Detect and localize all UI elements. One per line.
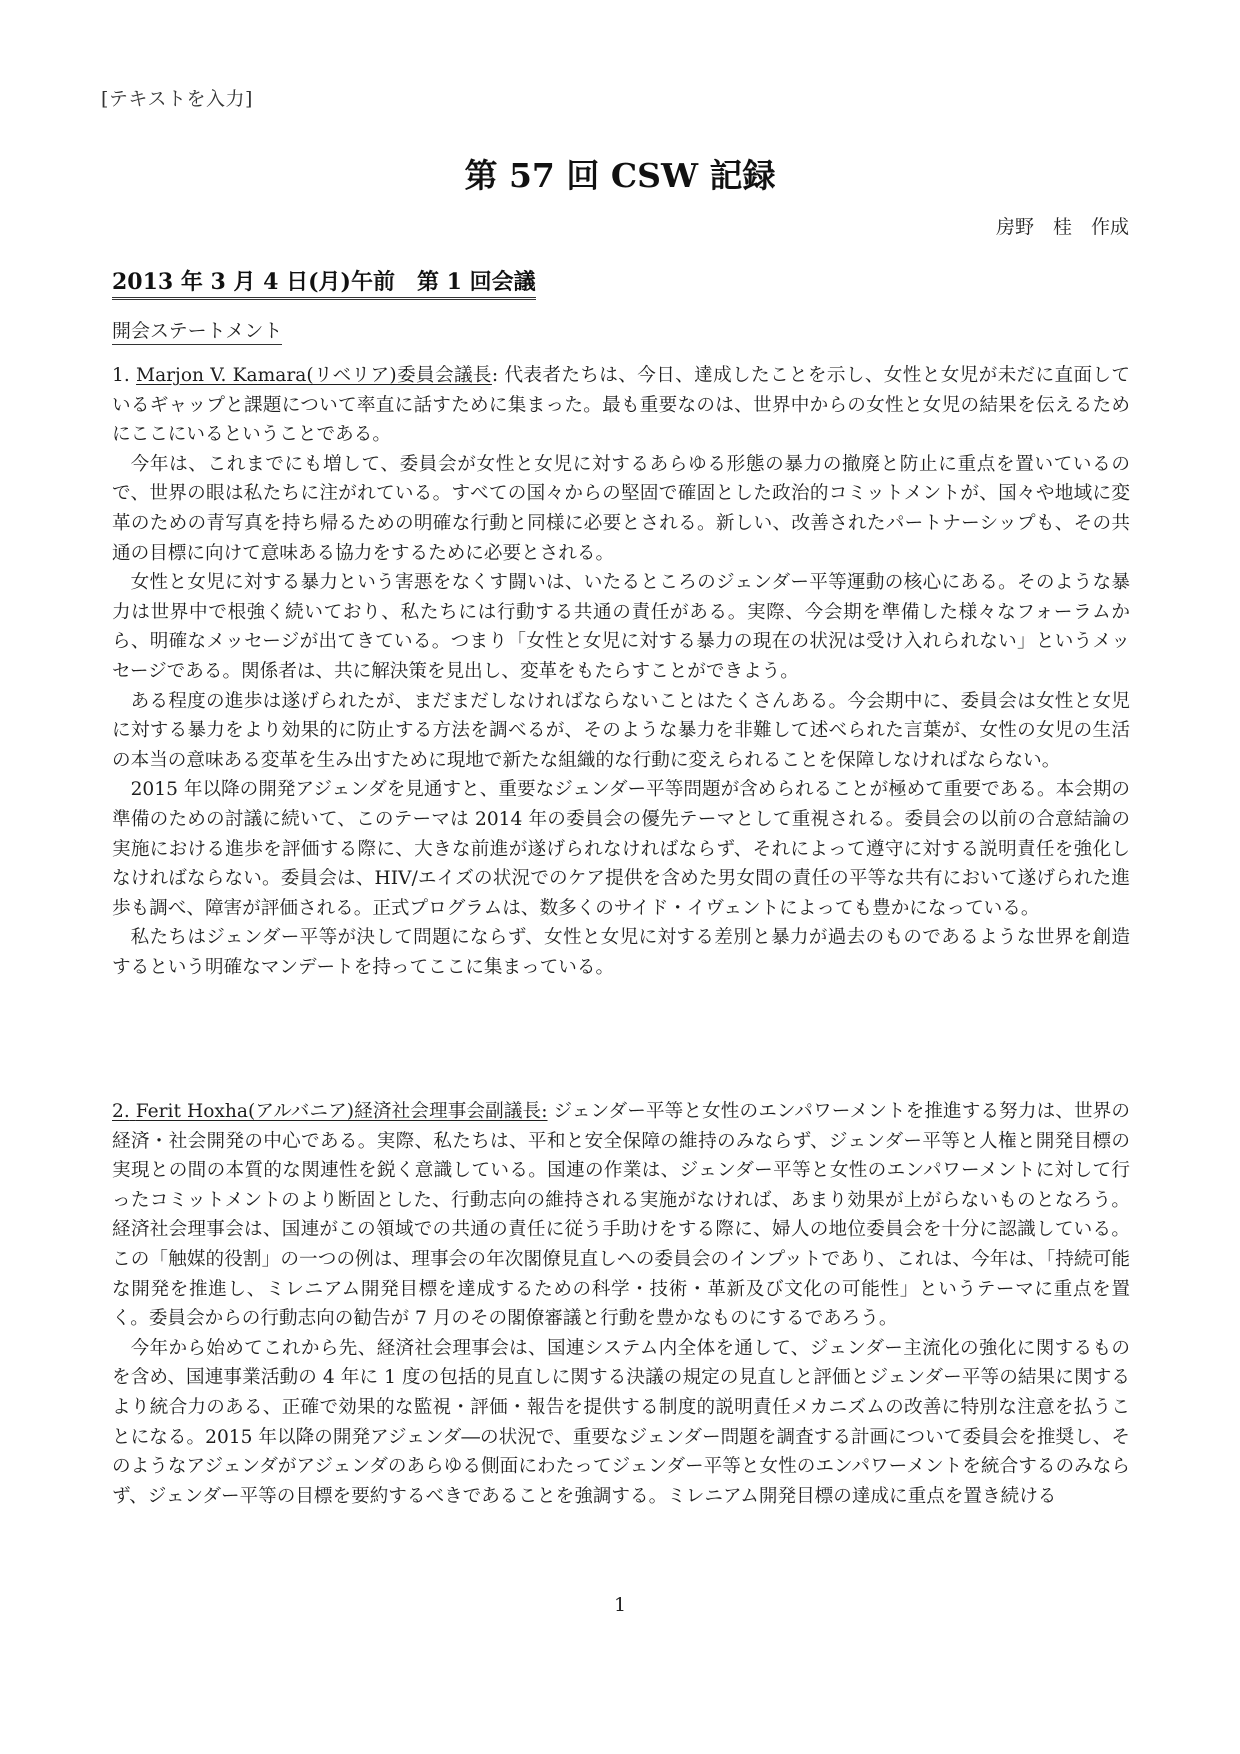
statement-paragraph: 今年は、これまでにも増して、委員会が女性と女児に対するあらゆる形態の暴力の撤廃と… bbox=[112, 450, 1130, 568]
statement-paragraph: 私たちはジェンダー平等が決して問題にならず、女性と女児に対する差別と暴力が過去の… bbox=[112, 923, 1130, 982]
author-line: 房野 桂 作成 bbox=[996, 212, 1129, 239]
page-number: 1 bbox=[0, 1594, 1240, 1616]
statement-paragraph: 今年から始めてこれから先、経済社会理事会は、国連システム内全体を通して、ジェンダ… bbox=[112, 1334, 1130, 1512]
speaker-name: 2. Ferit Hoxha(アルバニア)経済社会理事会副議長: bbox=[112, 1101, 548, 1122]
statement-1: 1. Marjon V. Kamara(リベリア)委員会議長: 代表者たちは、今… bbox=[112, 361, 1130, 982]
statement-2: 2. Ferit Hoxha(アルバニア)経済社会理事会副議長: ジェンダー平等… bbox=[112, 1097, 1130, 1511]
statement-paragraph: 1. Marjon V. Kamara(リベリア)委員会議長: 代表者たちは、今… bbox=[112, 361, 1130, 450]
statement-number: 1. bbox=[112, 365, 130, 386]
statement-paragraph: 2. Ferit Hoxha(アルバニア)経済社会理事会副議長: ジェンダー平等… bbox=[112, 1097, 1130, 1334]
speaker-name: Marjon V. Kamara(リベリア)委員会議長 bbox=[136, 365, 492, 386]
section-heading: 2013 年 3 月 4 日(月)午前 第 1 回会議 bbox=[112, 265, 536, 300]
document-page: [テキストを入力] 第 57 回 CSW 記録 房野 桂 作成 2013 年 3… bbox=[0, 0, 1240, 1754]
statement-paragraph: ある程度の進歩は遂げられたが、まだまだしなければならないことはたくさんある。今会… bbox=[112, 687, 1130, 776]
statement-number: 2. bbox=[112, 1101, 130, 1122]
statement-paragraph: 2015 年以降の開発アジェンダを見通すと、重要なジェンダー平等問題が含められる… bbox=[112, 775, 1130, 923]
statement-paragraph: 女性と女児に対する暴力という害悪をなくす闘いは、いたるところのジェンダー平等運動… bbox=[112, 568, 1130, 686]
document-title: 第 57 回 CSW 記録 bbox=[0, 150, 1240, 197]
header-placeholder-text[interactable]: [テキストを入力] bbox=[101, 84, 253, 111]
subsection-heading: 開会ステートメント bbox=[112, 316, 282, 345]
